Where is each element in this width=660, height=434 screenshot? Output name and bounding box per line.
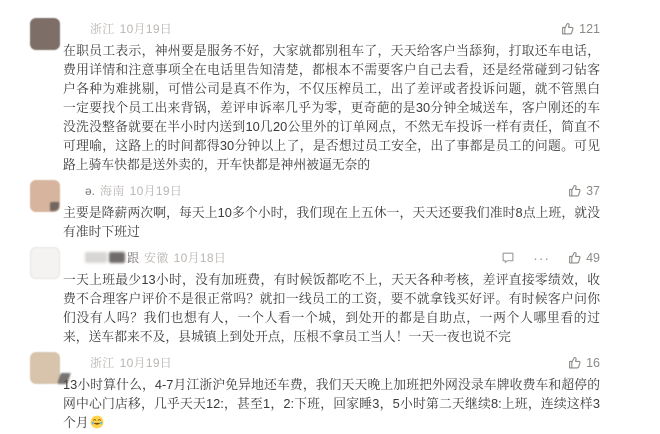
- comment-text: 主要是降薪两次啊，每天上10多个小时，我们现在上五休一，天天还要我们准时8点上班…: [63, 203, 600, 241]
- comment-location: 安徽: [144, 251, 169, 265]
- username-redacted: 跟: [127, 249, 139, 266]
- user-avatar[interactable]: [30, 18, 60, 50]
- user-avatar[interactable]: [30, 352, 60, 384]
- username-redacted: ə.: [85, 184, 95, 198]
- thumb-up-icon: [568, 356, 581, 369]
- comment: 浙江10月19日 121 在职员工表示，神州要是服务不好，大家就都别租车了，天天…: [30, 20, 600, 174]
- comment-meta: 浙江10月19日: [90, 354, 172, 371]
- comment: ə. 海南10月19日 37 主要是降薪两次啊，每天上10多个小时，我们现在上五…: [30, 182, 600, 241]
- comment-meta: 安徽10月18日: [144, 249, 226, 266]
- comments-feed: 浙江10月19日 121 在职员工表示，神州要是服务不好，大家就都别租车了，天天…: [0, 0, 660, 434]
- more-button[interactable]: ···: [533, 253, 550, 263]
- avatar-detail: [50, 202, 59, 211]
- like-count: 121: [579, 22, 600, 36]
- comment-date: 10月19日: [120, 356, 173, 370]
- username-redacted-block: [109, 252, 125, 263]
- thumb-up-icon: [561, 22, 574, 35]
- comment-header: ə. 海南10月19日 37: [85, 182, 600, 199]
- comment-date: 10月18日: [174, 251, 227, 265]
- comment-location: 浙江: [90, 356, 115, 370]
- like-count: 16: [586, 356, 600, 370]
- user-avatar[interactable]: [30, 180, 60, 212]
- comment-text: 在职员工表示，神州要是服务不好，大家就都别租车了，天天给客户当舔狗，打取还车电话…: [63, 41, 600, 174]
- like-button[interactable]: 121: [561, 22, 600, 36]
- like-button[interactable]: 49: [568, 251, 600, 265]
- comment: 浙江10月19日 16 13小时算什么，4-7月江浙沪免异地还车费，我们天天晚上…: [30, 354, 600, 434]
- thumb-up-icon: [568, 184, 581, 197]
- comment-date: 10月19日: [130, 184, 183, 198]
- like-count: 37: [586, 184, 600, 198]
- thumb-up-icon: [568, 251, 581, 264]
- comment-meta: 浙江10月19日: [90, 20, 172, 37]
- comment-location: 海南: [100, 184, 125, 198]
- comment-header: 浙江10月19日 16: [85, 354, 600, 371]
- username-redacted-block: [85, 252, 107, 263]
- comment-header: 浙江10月19日 121: [85, 20, 600, 37]
- comment-date: 10月19日: [120, 22, 173, 36]
- user-avatar[interactable]: [30, 247, 60, 279]
- comment-header: 跟 安徽10月18日 ··· 49: [85, 249, 600, 266]
- comment: 跟 安徽10月18日 ··· 49 一天上班最少13小时，没有加班费，有时候饭都…: [30, 249, 600, 346]
- comment-text: 一天上班最少13小时，没有加班费，有时候饭都吃不上，天天各种考核，差评直接零绩效…: [63, 270, 600, 346]
- laugh-cry-emoji: [90, 415, 104, 434]
- like-button[interactable]: 37: [568, 184, 600, 198]
- reply-button[interactable]: [501, 251, 515, 264]
- comment-bubble-icon: [501, 251, 515, 264]
- comment-meta: 海南10月19日: [100, 182, 182, 199]
- comment-text: 13小时算什么，4-7月江浙沪免异地还车费，我们天天晚上加班把外网没录车牌收费车…: [63, 377, 600, 430]
- like-count: 49: [586, 251, 600, 265]
- ellipsis-icon: ···: [533, 253, 550, 263]
- comment-text-wrap: 13小时算什么，4-7月江浙沪免异地还车费，我们天天晚上加班把外网没录车牌收费车…: [63, 375, 600, 434]
- comment-location: 浙江: [90, 22, 115, 36]
- like-button[interactable]: 16: [568, 356, 600, 370]
